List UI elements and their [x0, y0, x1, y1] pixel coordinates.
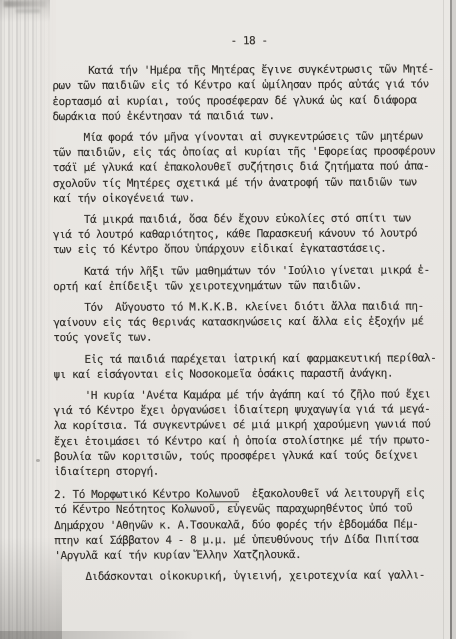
scan-smudge: [16, 9, 40, 13]
text-line: τσάϊ μέ γλυκά καί ἐπακολουθεῖ συζήτησις …: [53, 159, 447, 176]
section-number: 2.: [54, 488, 73, 501]
page-text-column: - 18 - Κατά τήν 'Ημέρα τῆς Μητέρας ἔγινε…: [52, 32, 448, 590]
paragraph-medical-care: Εἰς τά παιδιά παρέχεται ἰατρική καί φαρμ…: [53, 350, 447, 382]
text-line: γαίνουν εἰς τάς θερινάς κατασκηνώσεις κα…: [53, 314, 447, 331]
text-line: ἑορτασμό αἱ κυρίαι, τούς προσέφεραν δέ γ…: [52, 92, 446, 109]
bottom-edge-shadow: [0, 631, 210, 639]
ink-speck: [36, 459, 40, 462]
paragraph-july-celebration: Κατά τήν λῆξι τῶν μαθημάτων τόν 'Ιούλιο …: [53, 262, 447, 294]
scan-smudge: [4, 1, 46, 7]
text-line: γιά τό λουτρό καθαριότητος, κάθε Παρασκε…: [53, 226, 447, 243]
text-line: ἔχει ἑτοιμάσει τό Κέντρο καί ἡ ὁποία στο…: [54, 432, 448, 449]
text-line: τό Κέντρο Νεότητος Κολωνοῦ, εὐγενῶς παρα…: [54, 501, 448, 518]
text-line: δωράκια πού ἐκέντησαν τά παιδιά των.: [52, 107, 446, 124]
text-line: λα κορίτσια. Τά συγκεντρώνει σέ μιά μικρ…: [54, 417, 448, 434]
paragraph-bathing: Τά μικρά παιδιά, ὅσα δέν ἔχουν εὐκολίες …: [53, 210, 447, 257]
text-line: πτην καί Σάββατον 4 - 8 μ.μ. μέ ὑπευθύνο…: [54, 531, 448, 548]
text-line: Κατά τήν λῆξι τῶν μαθημάτων τόν 'Ιούλιο …: [53, 262, 447, 279]
text-line: ἰδιαίτερη στοργή.: [54, 462, 448, 479]
text-line: Κατά τήν 'Ημέρα τῆς Μητέρας ἔγινε συγκέν…: [52, 61, 446, 78]
text-line: των εἰς τό Κέντρο ὅπου ὑπάρχουν εἰδικαί …: [53, 241, 447, 258]
text-line: Διδάσκονται οἰκοκυρική, ὑγιεινή, χειροτε…: [54, 568, 448, 585]
text-line: Μία φορά τόν μῆνα γίνονται αἱ συγκεντρώσ…: [52, 128, 446, 145]
text-line: 'Η κυρία 'Ανέτα Καμάρα μέ τήν ἀγάπη καί …: [54, 386, 448, 403]
text-line: Τόν Αὔγουστο τό Μ.Κ.Κ.Β. κλείνει διότι ἄ…: [53, 298, 447, 315]
text-line: τούς γονεῖς των.: [53, 329, 447, 346]
paragraph-mothers-day: Κατά τήν 'Ημέρα τῆς Μητέρας ἔγινε συγκέν…: [52, 61, 446, 124]
paragraph-august-closure: Τόν Αὔγουστο τό Μ.Κ.Κ.Β. κλείνει διότι ἄ…: [53, 298, 447, 345]
text-line: τῶν παιδιῶν, εἰς τάς ὁποίας αἱ κυρίαι τῆ…: [52, 143, 446, 160]
text-line: σχολοῦν τίς Μητέρες σχετικά μέ τήν ἀνατρ…: [53, 174, 447, 191]
section-2-kolonos-center: 2. Τό Μορφωτικό Κέντρο Κολωνοῦ ἐξακολουθ…: [54, 486, 448, 564]
text-line: ορτή καί ἐπίδειξι τῶν χειροτεχνημάτων τῶ…: [53, 277, 447, 294]
text-line: Δημάρχου 'Αθηνῶν κ. Α.Τσουκαλᾶ, δύο φορέ…: [54, 516, 448, 533]
text-line: Τά μικρά παιδιά, ὅσα δέν ἔχουν εὐκολίες …: [53, 210, 447, 227]
paragraph-mrs-kamara: 'Η κυρία 'Ανέτα Καμάρα μέ τήν ἀγάπη καί …: [54, 386, 448, 479]
page-edge-line: [450, 0, 452, 639]
text-line: 'Αργυλᾶ καί τήν κυρίαν Ἕλλην Χατζηλουκᾶ.: [54, 546, 448, 563]
paragraph-lessons: Διδάσκονται οἰκοκυρική, ὑγιεινή, χειροτε…: [54, 568, 448, 585]
paragraph-monthly-meetings: Μία φορά τόν μῆνα γίνονται αἱ συγκεντρώσ…: [52, 128, 446, 206]
text-line: 2. Τό Μορφωτικό Κέντρο Κολωνοῦ ἐξακολουθ…: [54, 486, 448, 503]
text-line: καί τήν οἰκογένειά των.: [53, 189, 447, 206]
text-line: γιά τό Κέντρο ἔχει ὀργανώσει ἰδιαίτερη ψ…: [54, 402, 448, 419]
text-line: Εἰς τά παιδιά παρέχεται ἰατρική καί φαρμ…: [53, 350, 447, 367]
text-line: ρων τῶν παιδιῶν εἰς τό Κέντρο καί ὡμίλησ…: [52, 77, 446, 94]
binding-bottom-shadow: [0, 509, 62, 639]
text-line: βουλία τῶν κοριτσιῶν, τούς προσφέρει γλυ…: [54, 447, 448, 464]
text-line: ψι καί εἰσάγονται εἰς Νοσοκομεῖα ὁσάκις …: [53, 365, 447, 382]
scan-background-strip: [452, 0, 456, 639]
section-heading-continuation: ἐξακολουθεῖ νά λειτουργῆ εἰς: [239, 487, 424, 501]
page-number: - 18 -: [52, 32, 446, 49]
